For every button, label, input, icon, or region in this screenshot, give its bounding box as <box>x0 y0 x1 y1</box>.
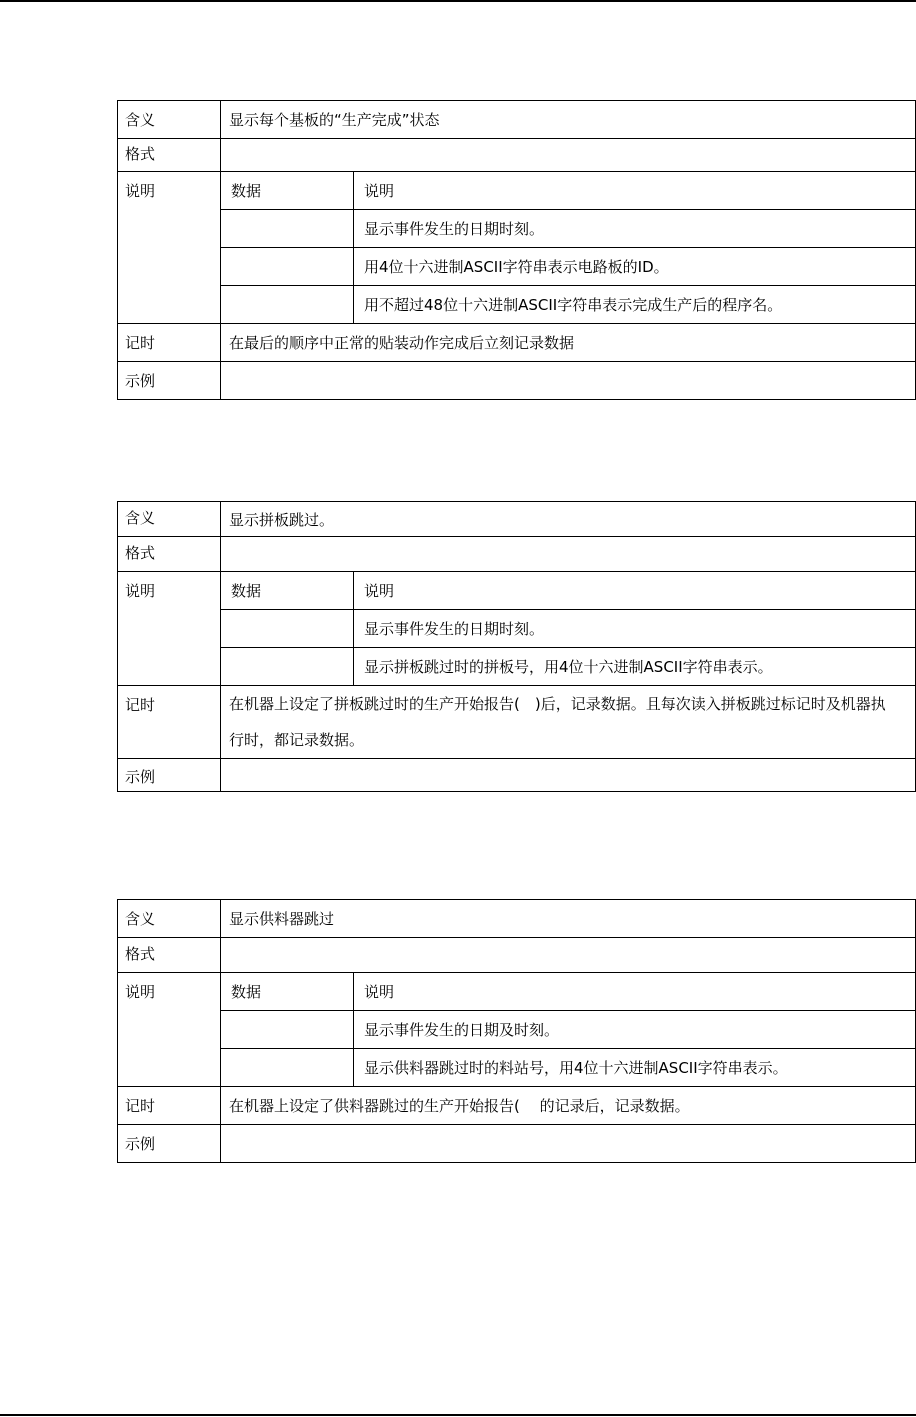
meaning-label: 含义 <box>118 101 221 139</box>
row-desc: 显示事件发生的日期时刻。 <box>354 210 916 248</box>
spec-table-panel-skip: 含义 显示拼板跳过。 格式 说明 数据 说明 显示事件发生的日期时刻。 显示拼板… <box>117 501 916 792</box>
row-timing: 记时 在机器上设定了供料器跳过的生产开始报告( 的记录后，记录数据。 <box>118 1087 916 1125</box>
row-description: 说明 数据 说明 显示事件发生的日期时刻。 用4位十六进制ASCII字符串表示电… <box>118 172 916 324</box>
row-desc: 用不超过48位十六进制ASCII字符串表示完成生产后的程序名。 <box>354 286 916 324</box>
format-label: 格式 <box>118 139 221 172</box>
description-cell: 数据 说明 显示事件发生的日期时刻。 显示拼板跳过时的拼板号，用4位十六进制AS… <box>221 572 916 686</box>
subtable-header: 数据 说明 <box>221 172 915 210</box>
meaning-value: 显示每个基板的“生产完成”状态 <box>221 101 916 139</box>
description-subtable: 数据 说明 显示事件发生的日期及时刻。 显示供料器跳过时的料站号，用4位十六进制… <box>221 973 915 1086</box>
row-data <box>221 248 354 286</box>
format-value <box>221 139 916 172</box>
format-label: 格式 <box>118 938 221 973</box>
subtable-row: 显示事件发生的日期时刻。 <box>221 210 915 248</box>
row-timing: 记时 在最后的顺序中正常的贴装动作完成后立刻记录数据 <box>118 324 916 362</box>
example-value <box>221 759 916 792</box>
subtable-row: 用4位十六进制ASCII字符串表示电路板的ID。 <box>221 248 915 286</box>
page-footer-rule <box>0 1414 916 1416</box>
subtable-row: 显示事件发生的日期时刻。 <box>221 610 915 648</box>
subtable-header: 数据 说明 <box>221 572 915 610</box>
header-data: 数据 <box>221 572 354 610</box>
row-data <box>221 286 354 324</box>
row-example: 示例 <box>118 759 916 792</box>
header-data: 数据 <box>221 973 354 1011</box>
row-timing: 记时 在机器上设定了拼板跳过时的生产开始报告( )后，记录数据。且每次读入拼板跳… <box>118 686 916 759</box>
row-data <box>221 648 354 686</box>
example-label: 示例 <box>118 362 221 400</box>
format-value <box>221 537 916 572</box>
subtable-row: 显示供料器跳过时的料站号，用4位十六进制ASCII字符串表示。 <box>221 1049 915 1087</box>
meaning-label: 含义 <box>118 502 221 537</box>
subtable-row: 显示拼板跳过时的拼板号，用4位十六进制ASCII字符串表示。 <box>221 648 915 686</box>
row-desc: 用4位十六进制ASCII字符串表示电路板的ID。 <box>354 248 916 286</box>
timing-value: 在机器上设定了供料器跳过的生产开始报告( 的记录后，记录数据。 <box>221 1087 916 1125</box>
row-data <box>221 210 354 248</box>
row-example: 示例 <box>118 1125 916 1163</box>
row-meaning: 含义 显示供料器跳过 <box>118 900 916 938</box>
row-desc: 显示拼板跳过时的拼板号，用4位十六进制ASCII字符串表示。 <box>354 648 916 686</box>
example-label: 示例 <box>118 1125 221 1163</box>
example-label: 示例 <box>118 759 221 792</box>
row-description: 说明 数据 说明 显示事件发生的日期时刻。 显示拼板跳过时的拼板号，用4位十六进… <box>118 572 916 686</box>
header-desc: 说明 <box>354 172 916 210</box>
spec-table-feeder-skip: 含义 显示供料器跳过 格式 说明 数据 说明 显示事件发生的日期及时刻。 显示供… <box>117 899 916 1163</box>
meaning-value: 显示拼板跳过。 <box>221 502 916 537</box>
example-value <box>221 362 916 400</box>
timing-value: 在最后的顺序中正常的贴装动作完成后立刻记录数据 <box>221 324 916 362</box>
timing-label: 记时 <box>118 324 221 362</box>
description-label: 说明 <box>118 172 221 324</box>
row-data <box>221 610 354 648</box>
row-data <box>221 1049 354 1087</box>
description-subtable: 数据 说明 显示事件发生的日期时刻。 用4位十六进制ASCII字符串表示电路板的… <box>221 172 915 323</box>
row-format: 格式 <box>118 139 916 172</box>
row-format: 格式 <box>118 938 916 973</box>
description-cell: 数据 说明 显示事件发生的日期时刻。 用4位十六进制ASCII字符串表示电路板的… <box>221 172 916 324</box>
row-desc: 显示供料器跳过时的料站号，用4位十六进制ASCII字符串表示。 <box>354 1049 916 1087</box>
row-desc: 显示事件发生的日期及时刻。 <box>354 1011 916 1049</box>
timing-label: 记时 <box>118 686 221 759</box>
header-desc: 说明 <box>354 973 916 1011</box>
subtable-header: 数据 说明 <box>221 973 915 1011</box>
format-value <box>221 938 916 973</box>
description-label: 说明 <box>118 572 221 686</box>
timing-value: 在机器上设定了拼板跳过时的生产开始报告( )后，记录数据。且每次读入拼板跳过标记… <box>221 686 916 759</box>
spec-table-production-complete: 含义 显示每个基板的“生产完成”状态 格式 说明 数据 说明 显示事件发生的日期… <box>117 100 916 400</box>
header-desc: 说明 <box>354 572 916 610</box>
row-description: 说明 数据 说明 显示事件发生的日期及时刻。 显示供料器跳过时的料站号，用4位十… <box>118 973 916 1087</box>
meaning-label: 含义 <box>118 900 221 938</box>
description-cell: 数据 说明 显示事件发生的日期及时刻。 显示供料器跳过时的料站号，用4位十六进制… <box>221 973 916 1087</box>
page-header-rule <box>0 0 916 2</box>
subtable-row: 显示事件发生的日期及时刻。 <box>221 1011 915 1049</box>
description-label: 说明 <box>118 973 221 1087</box>
row-data <box>221 1011 354 1049</box>
subtable-row: 用不超过48位十六进制ASCII字符串表示完成生产后的程序名。 <box>221 286 915 324</box>
example-value <box>221 1125 916 1163</box>
timing-label: 记时 <box>118 1087 221 1125</box>
row-example: 示例 <box>118 362 916 400</box>
description-subtable: 数据 说明 显示事件发生的日期时刻。 显示拼板跳过时的拼板号，用4位十六进制AS… <box>221 572 915 685</box>
row-meaning: 含义 显示拼板跳过。 <box>118 502 916 537</box>
header-data: 数据 <box>221 172 354 210</box>
row-desc: 显示事件发生的日期时刻。 <box>354 610 916 648</box>
row-meaning: 含义 显示每个基板的“生产完成”状态 <box>118 101 916 139</box>
row-format: 格式 <box>118 537 916 572</box>
meaning-value: 显示供料器跳过 <box>221 900 916 938</box>
format-label: 格式 <box>118 537 221 572</box>
